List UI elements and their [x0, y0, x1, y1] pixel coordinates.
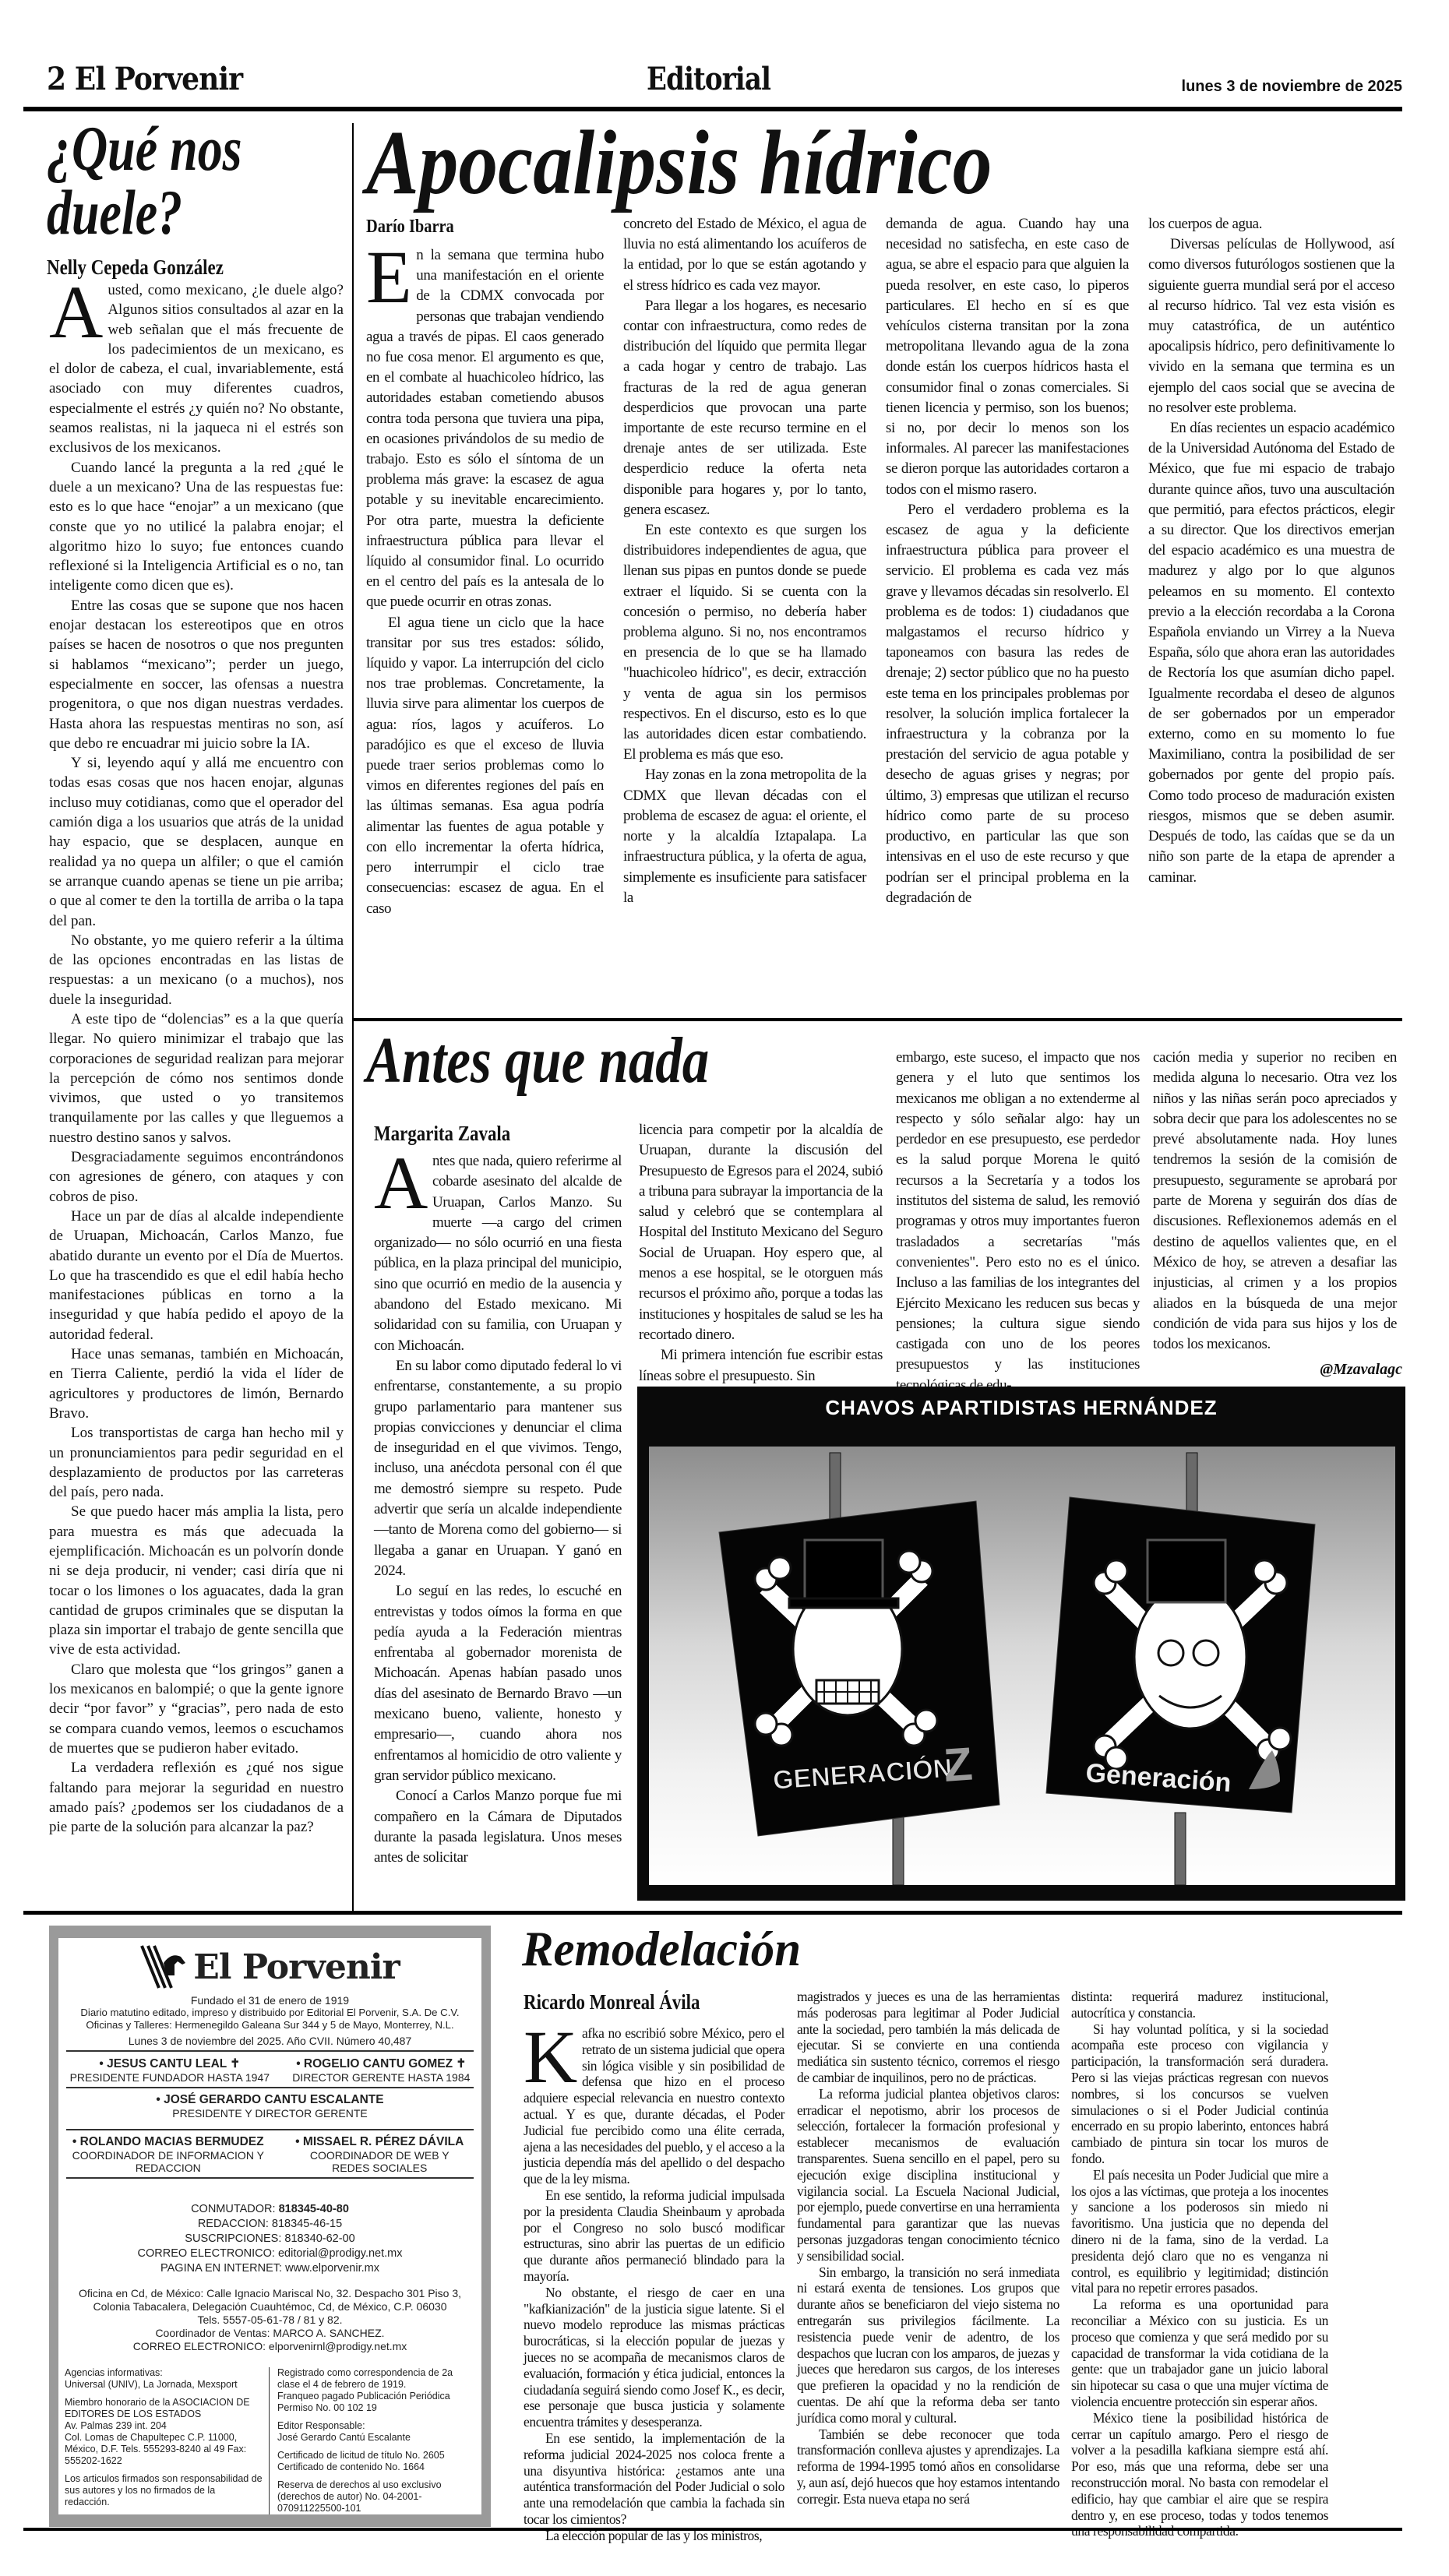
person: • JESUS CANTU LEAL ✝ PRESIDENTE FUNDADOR…	[70, 2056, 270, 2084]
page-date: lunes 3 de noviembre de 2025	[1182, 78, 1402, 96]
info-line: Col. Lomas de Chapultepec C.P. 11000, Mé…	[65, 2432, 263, 2467]
paragraph: El agua tiene un ciclo que la hace trans…	[366, 613, 604, 919]
title-line-1: ¿Qué nos	[47, 117, 280, 181]
info-line	[65, 2391, 263, 2397]
person-role: COORDINADOR DE WEB Y REDES SOCIALES	[290, 2149, 469, 2174]
person-name: ROLANDO MACIAS BERMUDEZ	[80, 2135, 264, 2148]
paragraph: También se debe reconocer que toda trans…	[797, 2426, 1059, 2507]
publisher: Diario matutino editado, impreso y distr…	[58, 2007, 481, 2019]
info-line: CORREO ELECTRONICO: elporvenirnl@prodigy…	[58, 2340, 481, 2353]
info-line: Universal (UNIV), La Jornada, Mexsport	[65, 2379, 263, 2391]
paragraph: Entre las cosas que se supone que nos ha…	[49, 596, 344, 753]
paragraph: Austed, como mexicano, ¿le duele algo? A…	[49, 280, 344, 458]
paragraph: embargo, este suceso, el impacto que nos…	[896, 1048, 1140, 1396]
legal-right: Registrado como correspondencia de 2a cl…	[277, 2367, 475, 2514]
issue-info: Lunes 3 de noviembre del 2025. Año CVII.…	[58, 2035, 481, 2047]
info-line: Registrado como correspondencia de 2a cl…	[277, 2367, 475, 2391]
article-column: Kafka no escribió sobre México, pero el …	[524, 2025, 784, 2544]
section-title: Editorial	[647, 61, 770, 97]
paragraph: cación media y superior no reciben en me…	[1153, 1048, 1397, 1355]
paragraph: En su labor como diputado federal lo vi …	[374, 1356, 622, 1581]
contacts: CONMUTADOR: 818345-40-80 REDACCION: 8183…	[58, 2202, 481, 2276]
person: • MISSAEL R. PÉREZ DÁVILA COORDINADOR DE…	[290, 2135, 469, 2174]
paragraph: Claro que molesta que “los gringos” gane…	[49, 1660, 344, 1758]
paragraph: magistrados y jueces es una de las herra…	[797, 1989, 1059, 2086]
person: • JOSÉ GERARDO CANTU ESCALANTE PRESIDENT…	[58, 2093, 481, 2120]
article-column: los cuerpos de agua.Diversas películas d…	[1148, 214, 1394, 888]
masthead-logo: El Porvenir	[58, 1944, 481, 1989]
article-column: concreto del Estado de México, el agua d…	[623, 214, 866, 908]
cartoon-title: CHAVOS APARTIDISTAS HERNÁNDEZ	[637, 1396, 1405, 1420]
paragraph: Desgraciadamente seguimos encontrándonos…	[49, 1147, 344, 1207]
divider	[66, 2087, 474, 2088]
cartoon-illustration-icon: GENERACIÓN Z Generación	[649, 1447, 1395, 1885]
paragraph: concreto del Estado de México, el agua d…	[623, 214, 866, 296]
conmutador-label: CONMUTADOR:	[191, 2203, 275, 2215]
editorial-cartoon: CHAVOS APARTIDISTAS HERNÁNDEZ GENERACI	[637, 1387, 1405, 1901]
section-divider	[352, 1018, 1402, 1021]
divider	[66, 2129, 474, 2130]
redaccion-phone: REDACCION: 818345-46-15	[58, 2217, 481, 2232]
article-title: Apocalipsis hídrico	[366, 117, 992, 209]
person-name: JOSÉ GERARDO CANTU ESCALANTE	[164, 2093, 383, 2106]
drop-cap: K	[524, 2027, 582, 2088]
paragraph: La reforma es una oportunidad para recon…	[1071, 2296, 1328, 2410]
person-role: DIRECTOR GERENTE HASTA 1984	[292, 2071, 470, 2084]
title-line-2: duele?	[47, 181, 280, 245]
article-body: Austed, como mexicano, ¿le duele algo? A…	[49, 280, 344, 1837]
paragraph: Se que puedo hacer más amplia la lista, …	[49, 1502, 344, 1659]
page-header-paper: 2 El Porvenir	[47, 61, 242, 97]
paragraph: México tiene la posibilidad histórica de…	[1071, 2410, 1328, 2539]
info-line: Reserva de derechos al uso exclusivo (de…	[277, 2479, 475, 2514]
logo-text: El Porvenir	[193, 1947, 399, 1987]
info-line: Los articulos firmados son responsabilid…	[65, 2473, 263, 2508]
article-column: embargo, este suceso, el impacto que nos…	[896, 1048, 1140, 1396]
website-link[interactable]: PAGINA EN INTERNET: www.elporvenir.mx	[58, 2261, 481, 2276]
info-line: Av. Palmas 239 int. 204	[65, 2420, 263, 2432]
paragraph: distinta: requerirá madurez instituciona…	[1071, 1989, 1328, 2021]
legal-left: Agencias informativas:Universal (UNIV), …	[65, 2367, 270, 2514]
bottom-rule	[23, 2528, 1402, 2531]
person-name: JESUS CANTU LEAL	[107, 2057, 227, 2070]
person: • ROLANDO MACIAS BERMUDEZ COORDINADOR DE…	[71, 2135, 266, 2174]
paragraph: No obstante, el riesgo de caer en una "k…	[524, 2285, 784, 2430]
paragraph: Para llegar a los hogares, es necesario …	[623, 296, 866, 520]
paragraph: No obstante, yo me quiero referir a la ú…	[49, 931, 344, 1010]
paragraph: demanda de agua. Cuando hay una necesida…	[886, 214, 1129, 500]
paragraph: los cuerpos de agua.	[1148, 214, 1394, 234]
conmutador-phone: 818345-40-80	[279, 2203, 349, 2215]
paragraph: En la semana que termina hubo una manife…	[366, 245, 604, 613]
paragraph: A este tipo de “dolencias” es a la que q…	[49, 1010, 344, 1147]
paragraph: La reforma judicial plantea objetivos cl…	[797, 2086, 1059, 2264]
article-column: demanda de agua. Cuando hay una necesida…	[886, 214, 1129, 908]
masthead-box: El Porvenir Fundado el 31 de enero de 19…	[49, 1926, 491, 2527]
divider	[66, 2177, 474, 2179]
person-role: COORDINADOR DE INFORMACION Y REDACCION	[71, 2149, 266, 2174]
info-line: Certificado de contenido No. 1664	[277, 2461, 475, 2473]
article-column: En la semana que termina hubo una manife…	[366, 245, 604, 919]
article-byline: Ricardo Monreal Ávila	[524, 1990, 700, 2014]
cross-icon: ✝	[230, 2057, 240, 2070]
cdmx-office: Oficina en Cd, de México: Calle Ignacio …	[58, 2287, 481, 2353]
paragraph: La verdadera reflexión es ¿qué nos sigue…	[49, 1758, 344, 1837]
article-column: cación media y superior no reciben en me…	[1153, 1048, 1397, 1355]
paragraph: Los transportistas de carga han hecho mi…	[49, 1423, 344, 1502]
article-byline: Darío Ibarra	[366, 217, 454, 238]
paragraph: El país necesita un Poder Judicial que m…	[1071, 2167, 1328, 2296]
paragraph: licencia para competir por la alcaldía d…	[639, 1120, 883, 1345]
drop-cap: A	[49, 282, 108, 343]
paragraph: Mi primera intención fue escribir estas …	[639, 1345, 883, 1387]
person-role: PRESIDENTE Y DIRECTOR GERENTE	[58, 2107, 481, 2120]
info-line: Agencias informativas:	[65, 2367, 263, 2379]
contact-email[interactable]: CORREO ELECTRONICO: editorial@prodigy.ne…	[58, 2247, 481, 2261]
info-line: Tels. 5557-05-61-78 / 81 y 82.	[58, 2313, 481, 2327]
person: • ROGELIO CANTU GOMEZ ✝ DIRECTOR GERENTE…	[292, 2056, 470, 2084]
paragraph: Antes que nada, quiero referirme al coba…	[374, 1151, 622, 1356]
cross-icon: ✝	[456, 2057, 466, 2070]
paragraph: Hay zonas en la zona metropolita de la C…	[623, 765, 866, 907]
info-line	[65, 2467, 263, 2473]
info-line: Coordinador de Ventas: MARCO A. SANCHEZ.	[58, 2327, 481, 2340]
info-line: Miembro honorario de la ASOCIACION DE ED…	[65, 2397, 263, 2420]
author-handle: @Mzavalagc	[1320, 1361, 1402, 1379]
article-title: Remodelación	[522, 1924, 801, 1974]
person-name: MISSAEL R. PÉREZ DÁVILA	[303, 2135, 464, 2148]
paragraph: Hace unas semanas, también en Michoacán,…	[49, 1344, 344, 1423]
person-role: PRESIDENTE FUNDADOR HASTA 1947	[70, 2071, 270, 2084]
suscripciones-phone: SUSCRIPCIONES: 818340-62-00	[58, 2232, 481, 2247]
paragraph: Cuando lancé la pregunta a la red ¿qué l…	[49, 458, 344, 596]
info-line	[277, 2444, 475, 2450]
article-title: Antes que nada	[366, 1028, 709, 1094]
cartoon-panel: GENERACIÓN Z Generación	[649, 1447, 1395, 1885]
info-line: Editor Responsable:	[277, 2420, 475, 2432]
section-divider	[23, 1911, 1402, 1915]
article-column: magistrados y jueces es una de las herra…	[797, 1989, 1059, 2507]
paragraph: Hace un par de días al alcalde independi…	[49, 1207, 344, 1344]
info-line: Franqueo pagado Publicación Periódica Pe…	[277, 2391, 475, 2414]
divider	[66, 2050, 474, 2052]
paragraph: Diversas películas de Hollywood, así com…	[1148, 234, 1394, 418]
founders-row: • JESUS CANTU LEAL ✝ PRESIDENTE FUNDADOR…	[58, 2056, 481, 2084]
paragraph: Sin embargo, la transición no será inmed…	[797, 2264, 1059, 2426]
paragraph: Conocí a Carlos Manzo porque fue mi comp…	[374, 1786, 622, 1868]
paragraph: Pero el verdadero problema es la escasez…	[886, 500, 1129, 908]
paragraph: Kafka no escribió sobre México, pero el …	[524, 2025, 784, 2187]
info-line: Certificado de licitud de título No. 260…	[277, 2450, 475, 2461]
legal-info: Agencias informativas:Universal (UNIV), …	[65, 2367, 475, 2514]
svg-text:Z: Z	[942, 1738, 974, 1792]
article-title: ¿Qué nos duele?	[47, 117, 280, 245]
paragraph: En este contexto es que surgen los distr…	[623, 520, 866, 765]
paragraph: En ese sentido, la reforma judicial impu…	[524, 2187, 784, 2285]
paragraph: En días recientes un espacio académico d…	[1148, 418, 1394, 888]
horse-logo-icon	[140, 1944, 187, 1989]
drop-cap: A	[374, 1153, 432, 1214]
paragraph: En ese sentido, la implementación de la …	[524, 2430, 784, 2528]
paragraph: Lo seguí en las redes, lo escuché en ent…	[374, 1581, 622, 1786]
info-line: Oficina en Cd, de México: Calle Ignacio …	[58, 2287, 481, 2300]
article-column: distinta: requerirá madurez instituciona…	[1071, 1989, 1328, 2539]
info-line: José Gerardo Cantú Escalante	[277, 2432, 475, 2444]
article-column: Antes que nada, quiero referirme al coba…	[374, 1151, 622, 1868]
article-column: licencia para competir por la alcaldía d…	[639, 1120, 883, 1387]
paragraph: Y si, leyendo aquí y allá me encuentro c…	[49, 753, 344, 931]
drop-cap: E	[366, 247, 416, 308]
founded: Fundado el 31 de enero de 1919	[58, 1994, 481, 2007]
info-line: Colonia Tabacalera, Delegación Cuauhtémo…	[58, 2300, 481, 2313]
info-line	[277, 2414, 475, 2420]
article-que-nos-duele: ¿Qué nos duele? Nelly Cepeda González	[47, 117, 347, 280]
person-name: ROGELIO CANTU GOMEZ	[304, 2057, 453, 2070]
info-line	[277, 2473, 475, 2479]
offices: Oficinas y Talleres: Hermenegildo Galean…	[58, 2019, 481, 2032]
paragraph: Si hay voluntad política, y si la socied…	[1071, 2021, 1328, 2167]
coordinators-row: • ROLANDO MACIAS BERMUDEZ COORDINADOR DE…	[58, 2135, 481, 2174]
masthead-content: El Porvenir Fundado el 31 de enero de 19…	[58, 1938, 481, 2514]
